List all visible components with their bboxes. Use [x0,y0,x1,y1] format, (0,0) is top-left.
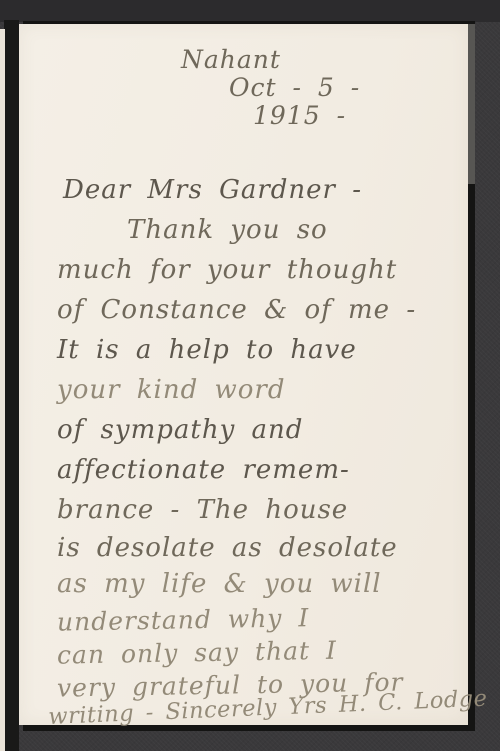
scan-background: { "colors":{ "background":"#3a393b", "pa… [0,0,500,751]
letter-line: Thank you so [127,210,468,250]
mount-top-band [0,0,500,22]
mat-edge-highlight [468,24,475,184]
letter-heading: Nahant Oct - 5 - 1915 - [19,46,468,130]
letter-line: of Constance & of me - [57,290,468,330]
letter-salutation: Dear Mrs Gardner - [63,170,468,210]
letter-line: as my life & you will [57,566,468,602]
letter-year-line: 1915 - [253,102,468,130]
letter-line: much for your thought [57,250,468,290]
letter-line: It is a help to have [57,330,468,370]
handwritten-letter: Nahant Oct - 5 - 1915 - Dear Mrs Gardner… [19,24,468,725]
letter-line: affectionate remem- [57,450,468,490]
letter-date-line: Oct - 5 - [229,74,468,102]
letter-place-line: Nahant [181,46,468,74]
letter-paper: Nahant Oct - 5 - 1915 - Dear Mrs Gardner… [19,24,468,725]
letter-line: is desolate as desolate [57,530,468,566]
adjacent-page-edge [0,29,5,751]
letter-line: of sympathy and [57,410,468,450]
letter-line: your kind word [57,370,468,410]
binding-gap [4,20,19,751]
letter-line: brance - The house [57,490,468,530]
